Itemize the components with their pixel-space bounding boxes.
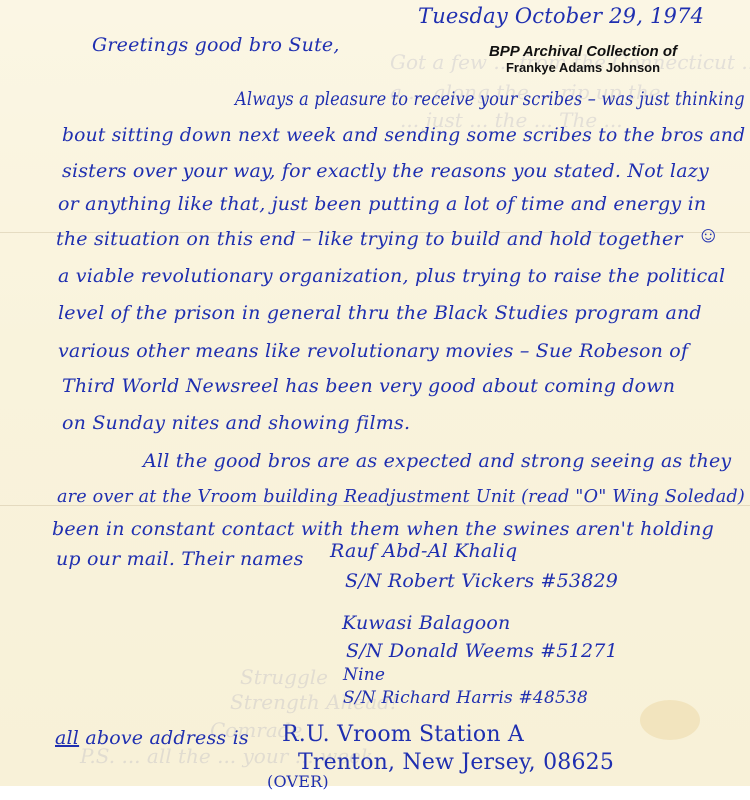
letter-body-line: Always a pleasure to receive your scribe… xyxy=(235,88,745,110)
prisoner-serial-number: S/N Donald Weems #51271 xyxy=(346,640,618,662)
address-prefix: all above address is xyxy=(55,727,249,749)
archive-label: BPP Archival Collection of Frankye Adams… xyxy=(452,43,714,75)
archive-label-line1: BPP Archival Collection of xyxy=(452,43,714,60)
prisoner-name: Nine xyxy=(343,665,385,685)
smiley-icon: ☺ xyxy=(697,222,719,248)
prisoner-name: Kuwasi Balagoon xyxy=(342,612,510,634)
letter-salutation: Greetings good bro Sute, xyxy=(92,34,340,56)
letter-body-line: bout sitting down next week and sending … xyxy=(62,124,745,146)
address-line-2: Trenton, New Jersey, 08625 xyxy=(298,750,614,775)
letter-body-line: been in constant contact with them when … xyxy=(52,518,714,540)
letter-body-line: up our mail. Their names xyxy=(56,548,304,570)
letter-body-line: level of the prison in general thru the … xyxy=(58,302,702,324)
prisoner-serial-number: S/N Richard Harris #48538 xyxy=(343,688,588,708)
letter-body-line: various other means like revolutionary m… xyxy=(58,340,688,362)
paper-stain xyxy=(640,700,700,740)
letter-body-line: a viable revolutionary organization, plu… xyxy=(58,265,725,287)
letter-page: Got a few ... from the Connecticut ... h… xyxy=(0,0,750,786)
letter-body-line: on Sunday nites and showing films. xyxy=(62,412,410,434)
letter-body-line: the situation on this end – like trying … xyxy=(56,228,683,250)
archive-label-line2: Frankye Adams Johnson xyxy=(452,60,714,75)
letter-date: Tuesday October 29, 1974 xyxy=(418,4,704,28)
letter-body-line: or anything like that, just been putting… xyxy=(58,193,706,215)
over-note: (OVER) xyxy=(267,772,329,791)
letter-body-line: All the good bros are as expected and st… xyxy=(143,450,731,472)
prisoner-serial-number: S/N Robert Vickers #53829 xyxy=(345,570,618,592)
bleed-through-text: Struggle xyxy=(240,665,328,689)
letter-body-line: Third World Newsreel has been very good … xyxy=(62,375,675,397)
address-prefix-underlined: all xyxy=(55,727,79,749)
letter-body-line: are over at the Vroom building Readjustm… xyxy=(57,486,745,507)
prisoner-name: Rauf Abd-Al Khaliq xyxy=(330,540,517,562)
address-line-1: R.U. Vroom Station A xyxy=(282,722,524,747)
letter-body-line: sisters over your way, for exactly the r… xyxy=(62,160,709,182)
address-prefix-rest: above address is xyxy=(85,727,249,749)
